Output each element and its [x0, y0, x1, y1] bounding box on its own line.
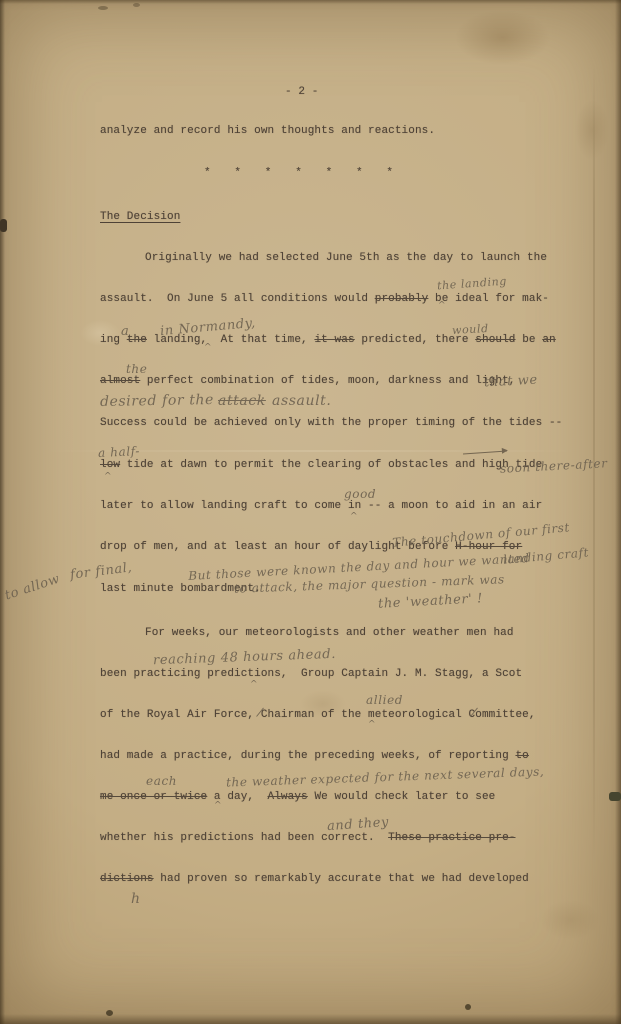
struck-text: should [475, 334, 515, 346]
caret-mark: ^ [350, 512, 358, 522]
typed-text: For weeks, our meteorologists and other … [145, 627, 514, 639]
handwritten-annotation: a [121, 324, 129, 339]
mount-clip [0, 219, 7, 232]
body-line: Originally we had selected June 5th as t… [145, 252, 547, 265]
handwritten-annotation: desired for the [100, 392, 214, 410]
handwritten-annotation: would [452, 322, 489, 337]
paper-stain [455, 10, 550, 65]
struck-text: an [542, 334, 555, 346]
handwritten-annotation: reaching 48 hours ahead. [153, 647, 336, 668]
edge-speck [106, 1010, 113, 1016]
handwritten-annotation: good [344, 487, 376, 501]
struck-text: it was [314, 334, 354, 346]
struck-text: almost [100, 375, 140, 387]
photo-bottom-edge [0, 1014, 621, 1024]
body-line: For weeks, our meteorologists and other … [145, 627, 514, 640]
typed-text: had made a practice, during the precedin… [100, 750, 515, 762]
section-heading: The Decision [100, 211, 180, 224]
edge-speck [98, 6, 108, 10]
struck-text: probably [375, 293, 429, 305]
struck-text: to [515, 750, 528, 762]
handwritten-annotation: for final, [69, 560, 133, 582]
page-number: - 2 - [285, 86, 319, 99]
body-line: almost perfect combination of tides, moo… [100, 375, 515, 388]
typed-text: whether his predictions had been correct… [100, 832, 388, 844]
handwritten-annotation: allied [366, 693, 403, 707]
handwritten-annotation: h [131, 891, 141, 907]
typed-text: Originally we had selected June 5th as t… [145, 252, 547, 264]
typed-text: We would check later to see [308, 791, 496, 803]
handwritten-annotation: a half- [98, 444, 141, 460]
typed-text: be ideal for mak- [428, 293, 549, 305]
handwritten-annotation: the landing [437, 275, 508, 293]
typed-text: had proven so remarkably accurate that w… [154, 873, 529, 885]
handwritten-annotation: attack [218, 393, 266, 409]
handwritten-annotation: that we [484, 373, 538, 391]
separator-asterisks: * * * * * * * [204, 167, 394, 180]
struck-text: the [127, 334, 147, 346]
photo-left-edge [0, 0, 5, 1024]
handwritten-annotation: each [146, 774, 177, 788]
edge-speck [133, 3, 140, 7]
caret-mark: ^ [104, 472, 112, 482]
struck-text: dictions [100, 873, 154, 885]
struck-text: These practice pre- [388, 832, 515, 844]
caret-mark: ^ [214, 801, 222, 811]
edge-speck [465, 1004, 471, 1010]
body-line: later to allow landing craft to come in … [100, 500, 542, 513]
paper-stain [540, 900, 600, 940]
body-line: whether his predictions had been correct… [100, 832, 515, 845]
typed-text: Success could be achieved only with the … [100, 417, 562, 429]
body-line: me once or twice a day, Always We would … [100, 791, 495, 804]
struck-text: me once or twice [100, 791, 207, 803]
typed-text: tide at dawn to permit the clearing of o… [120, 459, 542, 471]
body-line: dictions had proven so remarkably accura… [100, 873, 529, 886]
body-line: low tide at dawn to permit the clearing … [100, 459, 542, 472]
handwritten-annotation: the [126, 362, 147, 376]
typed-text: later to allow landing craft to come in … [100, 500, 542, 512]
body-line: analyze and record his own thoughts and … [100, 125, 435, 138]
handwritten-annotation: the weather expected for the next severa… [226, 764, 545, 789]
struck-text: Always [268, 791, 308, 803]
body-line: had made a practice, during the precedin… [100, 750, 529, 763]
handwritten-annotation: assault. [272, 393, 331, 409]
caret-mark: ^ [204, 343, 212, 353]
body-line: assault. On June 5 all conditions would … [100, 293, 549, 306]
typed-text: be [516, 334, 543, 346]
body-line: been practicing predictions, Group Capta… [100, 668, 522, 681]
typed-text: been practicing predictions, Group Capta… [100, 668, 522, 680]
caret-mark: ^ [368, 720, 376, 730]
handwritten-annotation: to allow [3, 572, 62, 604]
photo-right-edge [615, 0, 621, 1024]
body-line: Success could be achieved only with the … [100, 417, 562, 430]
handwritten-annotation: the 'weather' ! [378, 591, 484, 611]
caret-mark: ^ [438, 301, 446, 311]
paper-stain [575, 100, 609, 160]
typed-text: assault. On June 5 all conditions would [100, 293, 375, 305]
mount-clip [609, 792, 621, 801]
photo-top-edge [0, 0, 621, 4]
typed-text: perfect combination of tides, moon, dark… [140, 375, 515, 387]
document-photo: - 2 - analyze and record his own thought… [0, 0, 621, 1024]
struck-text: low [100, 459, 120, 471]
caret-mark: ^ [250, 680, 258, 690]
